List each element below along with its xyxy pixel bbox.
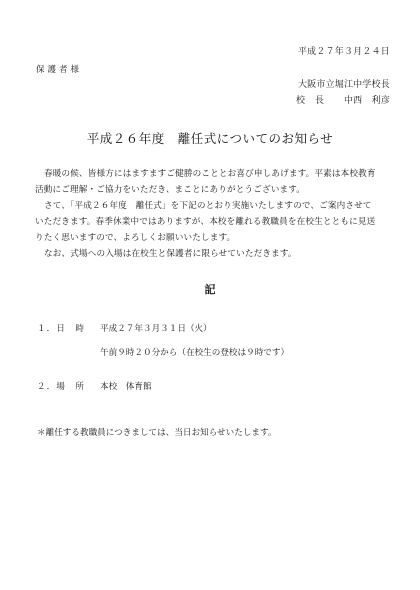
document-page: 平成２７年３月２４日 保護者様 大阪市立堀江中学校長 校長中西 利彦 平成２６年… bbox=[0, 0, 420, 590]
item-number: １． bbox=[37, 324, 56, 334]
body-line: 活動にご理解・ご協力をいただき、まことにありがとうございます。 bbox=[35, 182, 395, 198]
ki-heading: 記 bbox=[0, 281, 420, 297]
sender-name: 中西 利彦 bbox=[344, 96, 390, 106]
body-line: りたく思いますので、よろしくお願いいたします。 bbox=[35, 230, 395, 246]
body-line: なお、式場への入場は在校生と保護者に限らせていただきます。 bbox=[35, 246, 395, 262]
item-label-text: 日 時 bbox=[56, 324, 85, 334]
body-line: さて、「平成２６年度 離任式」を下記のとおり実施いたしますので、ご案内させて bbox=[35, 198, 395, 214]
body-text: 春暖の候、皆様方にはますますご健勝のこととお喜び申しあげます。平素は本校教育 活… bbox=[35, 166, 395, 262]
item-place-label: ２．場 所 bbox=[37, 381, 85, 393]
body-line: いただきます。春季休業中ではありますが、本校を離れる教職員を在校生とともに見送 bbox=[35, 214, 395, 230]
item-number: ２． bbox=[37, 382, 56, 392]
item-label-text: 場 所 bbox=[56, 382, 85, 392]
item-datetime-sub: 午前９時２０分から（在校生の登校は９時です） bbox=[100, 347, 289, 359]
addressee: 保護者様 bbox=[36, 63, 82, 75]
sender-role: 校長 bbox=[296, 96, 334, 106]
footnote: ＊離任する教職員につきましては、当日お知らせいたします。 bbox=[37, 427, 277, 439]
issue-date: 平成２７年３月２４日 bbox=[298, 46, 390, 58]
item-datetime-label: １．日 時 bbox=[37, 323, 85, 335]
item-datetime-value: 平成２７年３月３１日（火） bbox=[100, 323, 212, 335]
item-place-value: 本校 体育館 bbox=[100, 381, 152, 393]
body-line: 春暖の候、皆様方にはますますご健勝のこととお喜び申しあげます。平素は本校教育 bbox=[35, 166, 395, 182]
document-title: 平成２６年度 離任式についてのお知らせ bbox=[0, 131, 420, 147]
sender-organization: 大阪市立堀江中学校長 bbox=[298, 79, 390, 91]
sender-signature: 校長中西 利彦 bbox=[296, 95, 390, 107]
